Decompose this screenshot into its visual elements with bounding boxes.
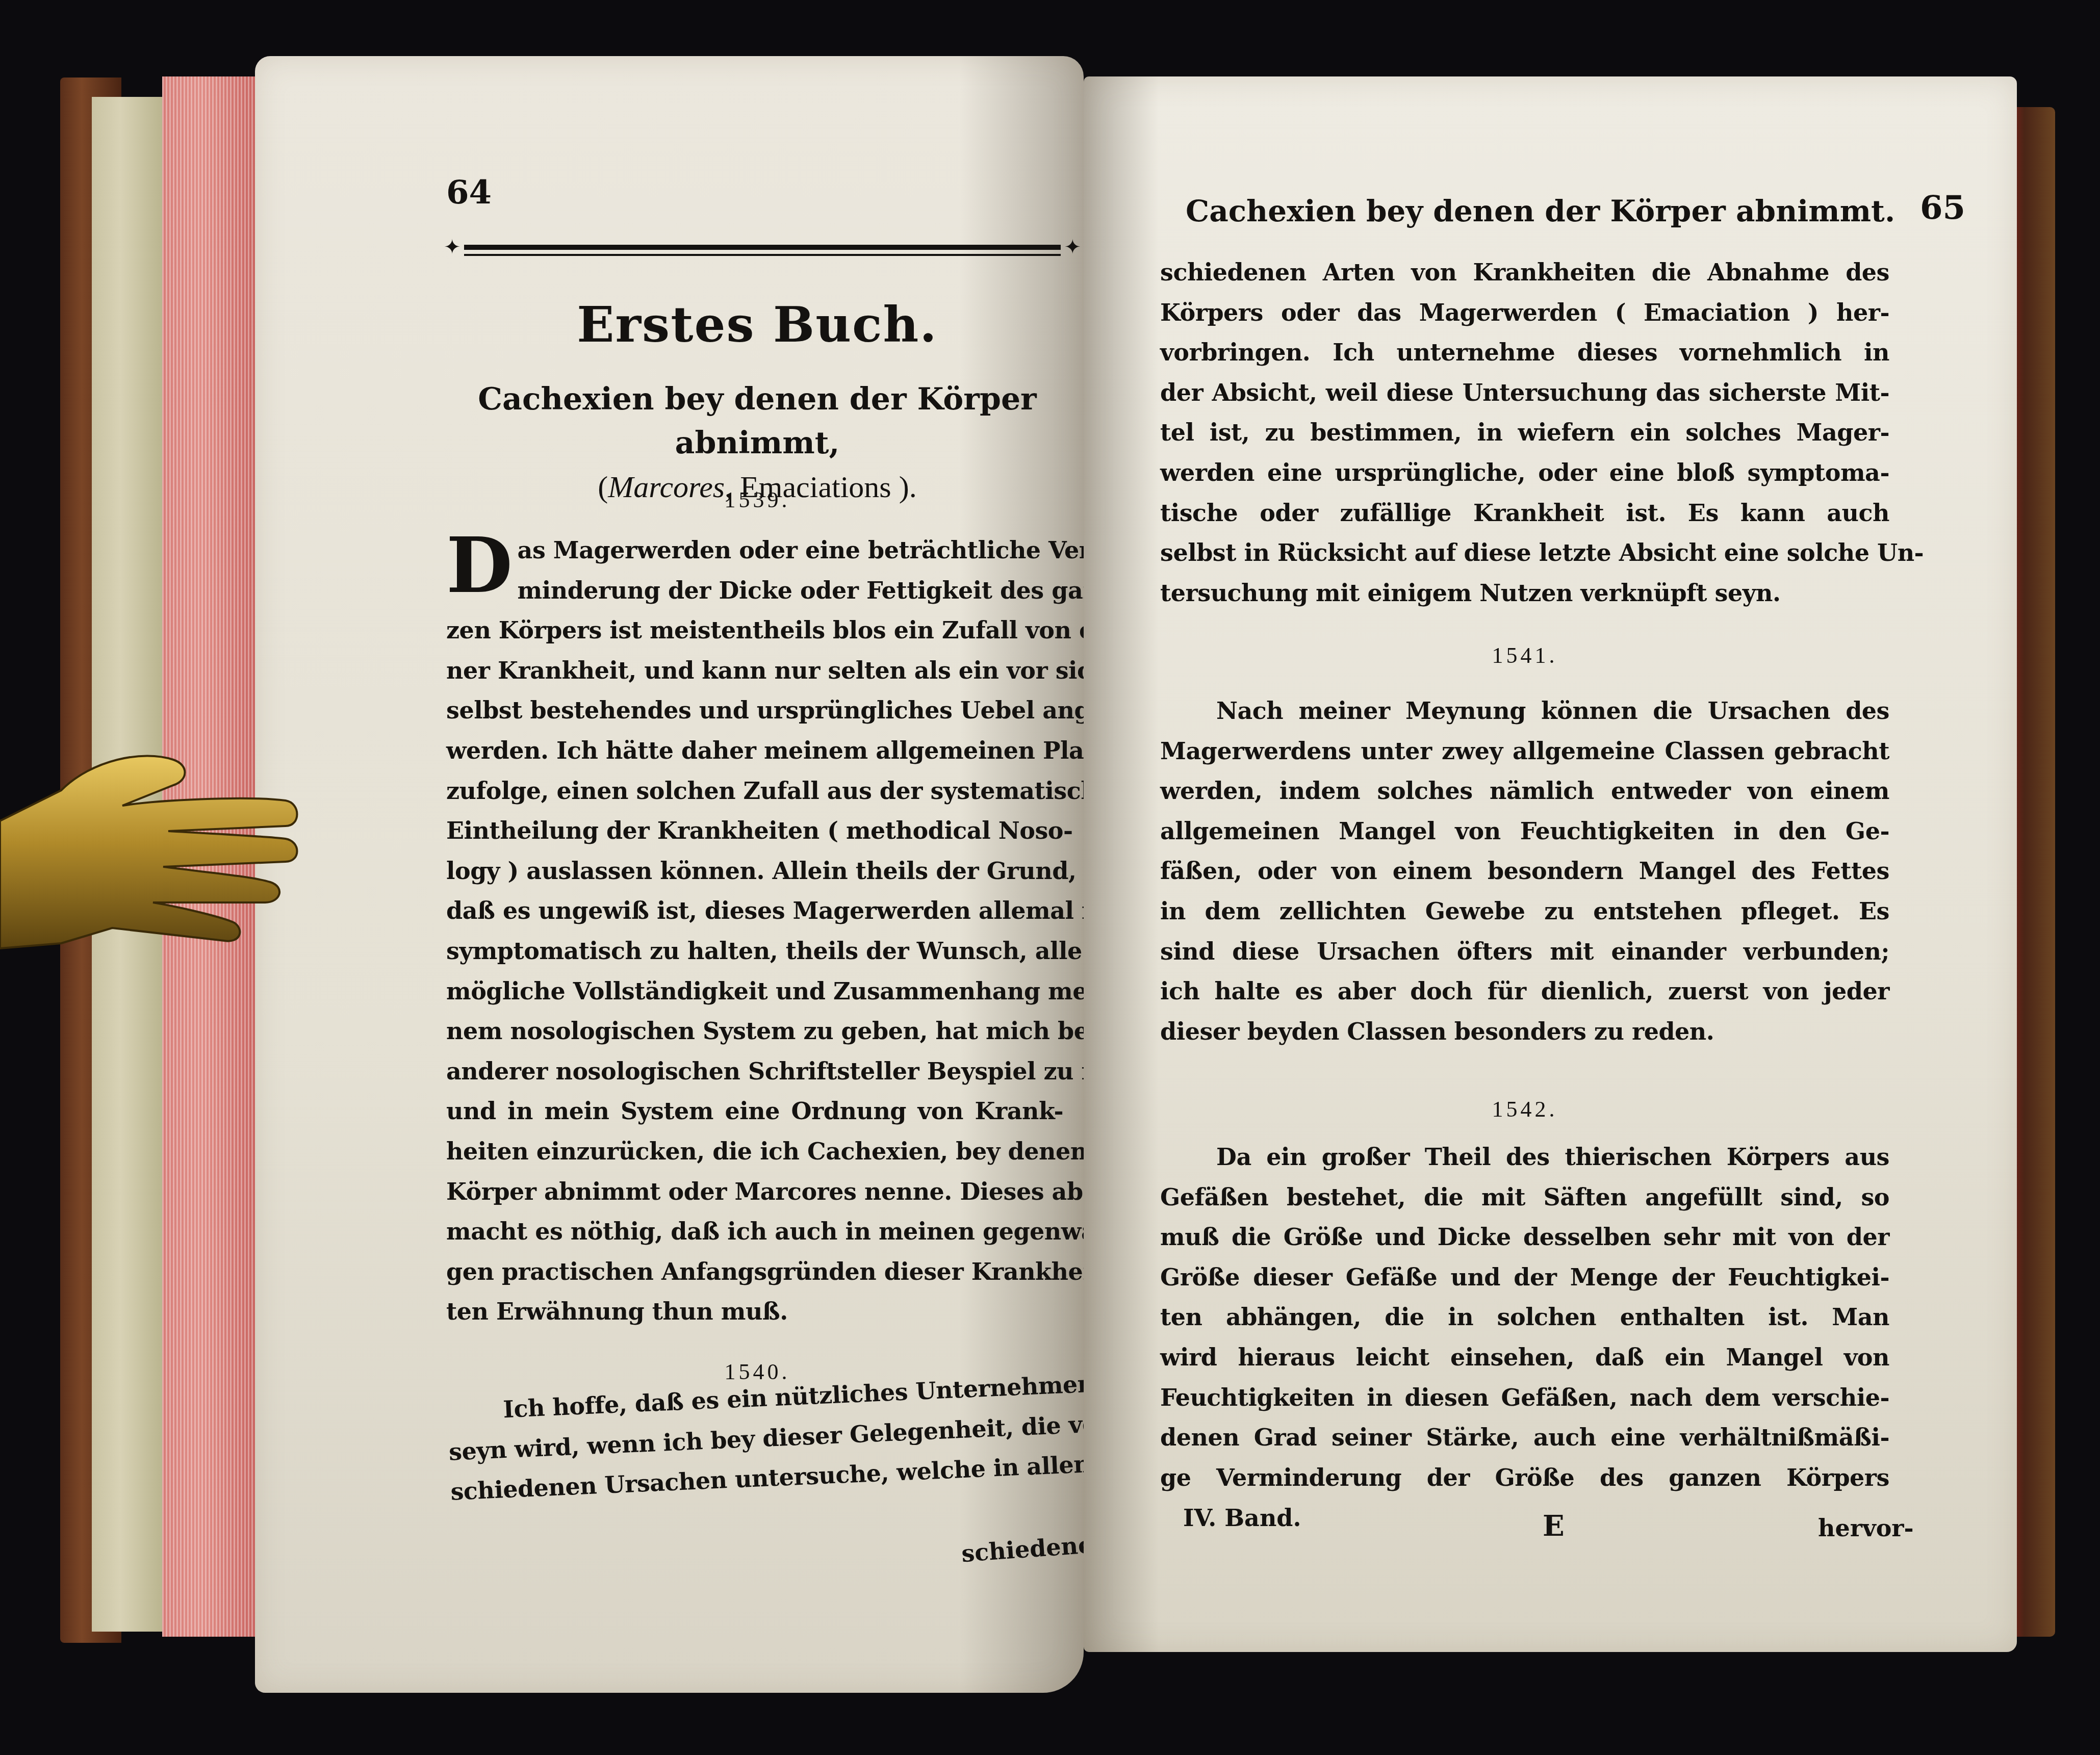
text-line: macht es nöthig, daß ich auch in meinen … (446, 1211, 1063, 1252)
right-page: Cachexien bey denen der Körper abnimmt. … (1084, 76, 2017, 1652)
text-line: und in mein System eine Ordnung von Kran… (446, 1091, 1063, 1131)
page-number-left: 64 (446, 173, 492, 212)
text-line: zufolge, einen solchen Zufall aus der sy… (446, 771, 1063, 811)
text-line: anderer nosologischen Schriftsteller Bey… (446, 1051, 1063, 1092)
text-line: logy ) auslassen können. Allein theils d… (446, 851, 1063, 891)
running-head: Cachexien bey denen der Körper abnimmt. (1186, 194, 1895, 228)
text-line: Körpers oder das Magerwerden ( Emaciatio… (1160, 293, 1889, 333)
text-line: ten abhängen, die in solchen enthalten i… (1160, 1297, 1889, 1337)
paragraph-1540: Ich hoffe, daß es ein nützliches Unterne… (446, 1365, 1068, 1512)
text-line: werden eine ursprüngliche, oder eine blo… (1160, 453, 1889, 493)
text-line: Eintheilung der Krankheiten ( methodical… (446, 811, 1063, 851)
text-line: ner Krankheit, und kann nur selten als e… (446, 651, 1063, 691)
text-line: schiedenen Arten von Krankheiten die Abn… (1160, 252, 1889, 293)
paragraph-1541: Nach meiner Meynung können die Ursachen … (1160, 691, 1889, 1051)
text-line: tel ist, zu bestimmen, in wiefern ein so… (1160, 412, 1889, 453)
paragraph-1539: D as Magerwerden oder eine beträchtliche… (446, 530, 1063, 1332)
text-line: tische oder zufällige Krankheit ist. Es … (1160, 493, 1889, 533)
brass-hand-clip-icon (0, 704, 306, 1010)
text-line: denen Grad seiner Stärke, auch eine verh… (1160, 1417, 1889, 1458)
text-line: Körper abnimmt oder Marcores nenne. Dies… (446, 1172, 1063, 1212)
book-title: Erstes Buch. (439, 296, 1076, 353)
text-line: Gefäßen bestehet, die mit Säften angefül… (1160, 1177, 1889, 1218)
text-line: minderung der Dicke oder Fettigkeit des … (446, 571, 1063, 611)
photo-scene: 64 Erstes Buch. Cachexien bey denen der … (0, 0, 2100, 1755)
section-number-1542: 1542. (1160, 1096, 1889, 1122)
text-line: as Magerwerden oder eine beträchtliche V… (446, 530, 1063, 571)
text-line: vorbringen. Ich unternehme dieses vorneh… (1160, 332, 1889, 373)
drop-cap: D (446, 532, 513, 599)
chapter-title-german: Cachexien bey denen der Körper abnimmt, (439, 377, 1076, 465)
text-line: daß es ungewiß ist, dieses Magerwerden a… (446, 891, 1063, 931)
text-line: werden, indem solches nämlich entweder v… (1160, 771, 1889, 811)
text-line: der Absicht, weil diese Untersuchung das… (1160, 373, 1889, 413)
text-line: sind diese Ursachen öfters mit einander … (1160, 932, 1889, 972)
text-line: selbst in Rücksicht auf diese letzte Abs… (1160, 533, 1889, 573)
text-line: Magerwerdens unter zwey allgemeine Class… (1160, 731, 1889, 771)
volume-label: IV. Band. (1183, 1504, 1301, 1532)
text-line: ten Erwähnung thun muß. (446, 1292, 1063, 1332)
section-number-1541: 1541. (1160, 642, 1889, 668)
continuation-paragraph: schiedenen Arten von Krankheiten die Abn… (1160, 252, 1889, 613)
page-number-right: 65 (1920, 189, 1965, 227)
text-line: wird hieraus leicht einsehen, daß ein Ma… (1160, 1337, 1889, 1378)
text-line: ich halte es aber doch für dienlich, zue… (1160, 971, 1889, 1012)
ornamental-rule (464, 245, 1061, 256)
text-line: selbst bestehendes und ursprüngliches Ue… (446, 690, 1063, 731)
text-line: Größe dieser Gefäße und der Menge der Fe… (1160, 1257, 1889, 1298)
section-number-1539: 1539. (439, 487, 1076, 513)
text-line: ge Verminderung der Größe des ganzen Kör… (1160, 1458, 1889, 1498)
text-line: zen Körpers ist meistentheils blos ein Z… (446, 610, 1063, 651)
text-line: nem nosologischen System zu geben, hat m… (446, 1011, 1063, 1051)
text-line: werden. Ich hätte daher meinem allgemein… (446, 731, 1063, 771)
text-line: tersuchung mit einigem Nutzen verknüpft … (1160, 573, 1889, 613)
text-line: muß die Größe und Dicke desselben sehr m… (1160, 1217, 1889, 1257)
text-line: in dem zellichten Gewebe zu entstehen pf… (1160, 891, 1889, 932)
text-line: Feuchtigkeiten in diesen Gefäßen, nach d… (1160, 1378, 1889, 1418)
text-line: allgemeinen Mangel von Feuchtigkeiten in… (1160, 811, 1889, 851)
text-line: Da ein großer Theil des thierischen Körp… (1160, 1137, 1889, 1177)
text-line: heiten einzurücken, die ich Cachexien, b… (446, 1131, 1063, 1172)
text-line: fäßen, oder von einem besondern Mangel d… (1160, 851, 1889, 891)
signature-mark: E (1543, 1509, 1565, 1543)
text-line: mögliche Vollständigkeit und Zusammenhan… (446, 971, 1063, 1012)
paragraph-1542: Da ein großer Theil des thierischen Körp… (1160, 1137, 1889, 1498)
text-line: dieser beyden Classen besonders zu reden… (1160, 1012, 1889, 1052)
catchword-right: hervor- (1818, 1514, 1914, 1542)
left-page: 64 Erstes Buch. Cachexien bey denen der … (255, 56, 1084, 1693)
text-line: symptomatisch zu halten, theils der Wuns… (446, 931, 1063, 971)
text-line: gen practischen Anfangsgründen dieser Kr… (446, 1252, 1063, 1292)
text-line: Nach meiner Meynung können die Ursachen … (1160, 691, 1889, 731)
